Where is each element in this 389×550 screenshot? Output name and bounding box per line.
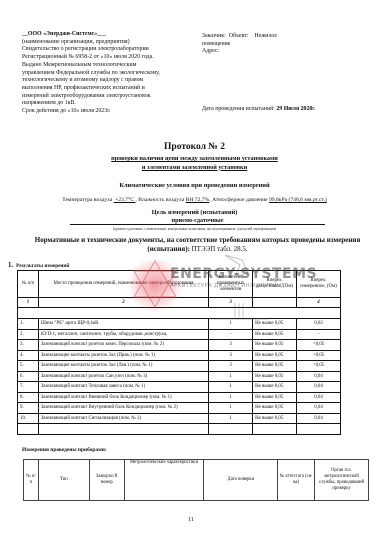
- protocol-title: Протокол № 2: [0, 142, 389, 152]
- col-header-number: № п/п: [18, 271, 39, 298]
- table-row: 10. Заземляющий контакт Сигнализация (по…: [18, 413, 341, 424]
- table-row: 2. КУП-1, металлич. сантехнич. трубы, об…: [18, 329, 341, 340]
- row-measured: <0,05: [297, 340, 341, 351]
- row-place: КУП-1, металлич. сантехнич. трубы, обору…: [38, 329, 208, 340]
- section-label: Результаты измерений: [16, 263, 69, 269]
- row-allowed: Не выше 0,05: [253, 413, 297, 424]
- col-num: [253, 298, 297, 308]
- table-row: 8. Заземляющий контакт Внешний блок Конд…: [18, 392, 341, 403]
- dev-col-authority: Орган гос. метрологической службы, прово…: [315, 460, 369, 501]
- customer-object-line: Заказчик: Объект: Нежилое: [202, 33, 362, 41]
- org-line: Выдано Межрегиональным технологическим: [22, 62, 202, 70]
- org-line: управлением Федеральной службы по эколог…: [22, 70, 202, 78]
- customer-block: Заказчик: Объект: Нежилое помещение Адре…: [202, 33, 362, 56]
- test-date-suffix: г.: [312, 106, 315, 112]
- empty-cell: [18, 424, 39, 435]
- row-measured: -: [297, 329, 341, 340]
- row-count: 1: [209, 403, 253, 414]
- dev-col-type: Тип: [38, 460, 89, 501]
- watermark-subtext: АРХИТЕКТУРА ДИЗАЙН ИНЖИНИРИНГ: [170, 283, 285, 289]
- normative-documents: Нормативные и технические документы, на …: [30, 236, 365, 254]
- object-continuation: помещение: [202, 41, 362, 49]
- org-line: измерений электрооборудовании электроуст…: [22, 93, 202, 101]
- row-allowed: Не выше 0,05: [253, 329, 297, 340]
- pressure-value: 99,8кРа (748,6 мм.рт.ст.): [269, 197, 327, 203]
- row-place: Заземляющий контакт Внешний блок Кондици…: [38, 392, 208, 403]
- row-number: 5.: [18, 361, 39, 372]
- row-count: 1: [209, 413, 253, 424]
- row-number: 4.: [18, 350, 39, 361]
- table-row: 7. Заземляющий контакт Тепловая завеса (…: [18, 382, 341, 393]
- row-place: Заземляющий контакт розеток Сан.узел (по…: [38, 371, 208, 382]
- row-measured: 0,04: [297, 382, 341, 393]
- row-place: Шина "PE" щита ЩР-0,4кВ.: [38, 319, 208, 330]
- page-number: 11: [188, 517, 194, 523]
- climate-heading: Климатические условия при проведении изм…: [0, 182, 389, 189]
- row-place: Заземляющий контакт Сигнализация (пом. №…: [38, 413, 208, 424]
- row-allowed: Не выше 0,05: [253, 392, 297, 403]
- row-count: 1: [209, 371, 253, 382]
- row-number: 10.: [18, 413, 39, 424]
- empty-row: [18, 424, 341, 435]
- empty-cell: [38, 424, 208, 435]
- section-number: 1.: [8, 262, 13, 269]
- row-count: 3: [209, 361, 253, 372]
- org-line: Срок действия до «10» июля 2023г.: [22, 108, 202, 116]
- row-number: 7.: [18, 382, 39, 393]
- table-row: 4. Заземляющие контакты розеток Зал (Пра…: [18, 350, 341, 361]
- empty-cell: [253, 424, 297, 435]
- dev-col-certificate: № аттестата (св-ва): [278, 460, 315, 501]
- row-measured: 0,04: [297, 371, 341, 382]
- section-results-heading: 1.Результаты измерений: [8, 262, 69, 269]
- row-number: 8.: [18, 392, 39, 403]
- empty-cell: [297, 424, 341, 435]
- org-line: напряжением до 1кВ.: [22, 100, 202, 108]
- test-date-value: 29 Июля 2020: [276, 106, 312, 112]
- temperature-label: Температура воздуха: [62, 197, 113, 203]
- row-measured: 0,04: [297, 403, 341, 414]
- org-line: выполнения НР, профилактических испытани…: [22, 85, 202, 93]
- empty-cell: [209, 424, 253, 435]
- row-allowed: Не выше 0,05: [253, 319, 297, 330]
- devices-header-row: № п/ п Тип Заводско й номер Метрологичес…: [24, 460, 369, 501]
- row-measured: 0,04: [297, 392, 341, 403]
- devices-table: № п/ п Тип Заводско й номер Метрологичес…: [23, 459, 369, 501]
- row-allowed: Не выше 0,05: [253, 340, 297, 351]
- col-num: 2: [38, 298, 208, 308]
- col-num: 4: [297, 298, 341, 308]
- test-date-label: Дата проведения испытаний:: [202, 106, 276, 112]
- row-allowed: Не выше 0,05: [253, 361, 297, 372]
- protocol-subtitle-line-1: проверки наличия цепи между заземленными…: [0, 155, 389, 164]
- row-count: 1: [209, 392, 253, 403]
- row-number: 2.: [18, 329, 39, 340]
- table-row: 1. Шина "PE" щита ЩР-0,4кВ. 1 Не выше 0,…: [18, 319, 341, 330]
- goal-heading: Цель измерений (испытаний): [0, 209, 389, 216]
- row-measured: <0,05: [297, 361, 341, 372]
- col-num: 3: [209, 298, 253, 308]
- organization-block: __ООО «Энерджи-Системс»___ (наименование…: [22, 31, 202, 116]
- goal-note: (приемо-сдаточные, сличительные, контрол…: [0, 227, 389, 231]
- row-place: Заземляющий контакт розеток комн. Персон…: [38, 340, 208, 351]
- row-count: 1: [209, 319, 253, 330]
- row-count: -: [209, 329, 253, 340]
- dev-col-metrology: Метрологические характеристики: [124, 460, 204, 501]
- protocol-subtitle-line-2: и элементами заземленной установки: [0, 164, 389, 173]
- row-allowed: Не выше 0,05: [253, 350, 297, 361]
- row-number: 6.: [18, 371, 39, 382]
- spacer-row: [18, 308, 341, 319]
- row-allowed: Не выше 0,05: [253, 403, 297, 414]
- row-place: Заземляющие контакты розеток Зал (Прав.)…: [38, 350, 208, 361]
- address-label: Адрес:: [202, 48, 362, 56]
- row-allowed: Не выше 0,05: [253, 382, 297, 393]
- org-line: Регистрационный № 6958-2 от «10» июля 20…: [22, 54, 202, 62]
- goal-value: приемо-сдаточные: [70, 217, 325, 225]
- table-row: 9. Заземляющий контакт Внутренний блок К…: [18, 403, 341, 414]
- row-place: Заземляющие контакты розеток Зал (Лев.) …: [38, 361, 208, 372]
- row-number: 1.: [18, 319, 39, 330]
- row-number: 3.: [18, 340, 39, 351]
- protocol-subtitle: проверки наличия цепи между заземленными…: [0, 155, 389, 172]
- row-place: Заземляющий контакт Внутренний блок Конд…: [38, 403, 208, 414]
- organization-name: __ООО «Энерджи-Системс»___: [22, 31, 202, 39]
- devices-heading: Измерения проведены приборами:: [22, 447, 107, 453]
- row-count: 3: [209, 350, 253, 361]
- dev-col-number: № п/ п: [24, 460, 39, 501]
- row-measured: 0,04: [297, 413, 341, 424]
- table-row: 3. Заземляющий контакт розеток комн. Пер…: [18, 340, 341, 351]
- table-row: 5. Заземляющие контакты розеток Зал (Лев…: [18, 361, 341, 372]
- humidity-value: ВН 72,7%: [186, 197, 210, 203]
- org-line: Свидетельство о регистрации электролабор…: [22, 46, 202, 54]
- dev-col-verification-date: Дата поверки: [204, 460, 278, 501]
- column-number-row: 1 2 3 4: [18, 298, 341, 308]
- results-table: № п/п Место проведения измерений, наимен…: [17, 270, 341, 435]
- org-line: технологическому и атомному надзору с пр…: [22, 77, 202, 85]
- normative-reference: ПТЭЭП табл. 28.5.: [190, 245, 248, 253]
- row-allowed: Не выше 0,05: [253, 371, 297, 382]
- climate-conditions: Температура воздуха +23,7°С , Влажность …: [0, 191, 389, 203]
- watermark-text: ENERGY-SYSTEMS: [170, 266, 317, 282]
- temperature-value: +23,7°С: [114, 197, 136, 203]
- col-num: 1: [18, 298, 39, 308]
- pressure-label: , Атмосферное давление: [209, 197, 269, 203]
- row-count: 3: [209, 340, 253, 351]
- row-number: 9.: [18, 403, 39, 414]
- row-count: 1: [209, 382, 253, 393]
- table-row: 6. Заземляющий контакт розеток Сан.узел …: [18, 371, 341, 382]
- test-date: Дата проведения испытаний: 29 Июля 2020г…: [202, 106, 316, 112]
- row-place: Заземляющий контакт Тепловая завеса (пом…: [38, 382, 208, 393]
- humidity-label: , Влажность воздуха: [135, 197, 185, 203]
- row-measured: <0,05: [297, 350, 341, 361]
- dev-col-serial: Заводско й номер: [89, 460, 124, 501]
- row-measured: 0,02: [297, 319, 341, 330]
- spacer-cell: [18, 308, 341, 319]
